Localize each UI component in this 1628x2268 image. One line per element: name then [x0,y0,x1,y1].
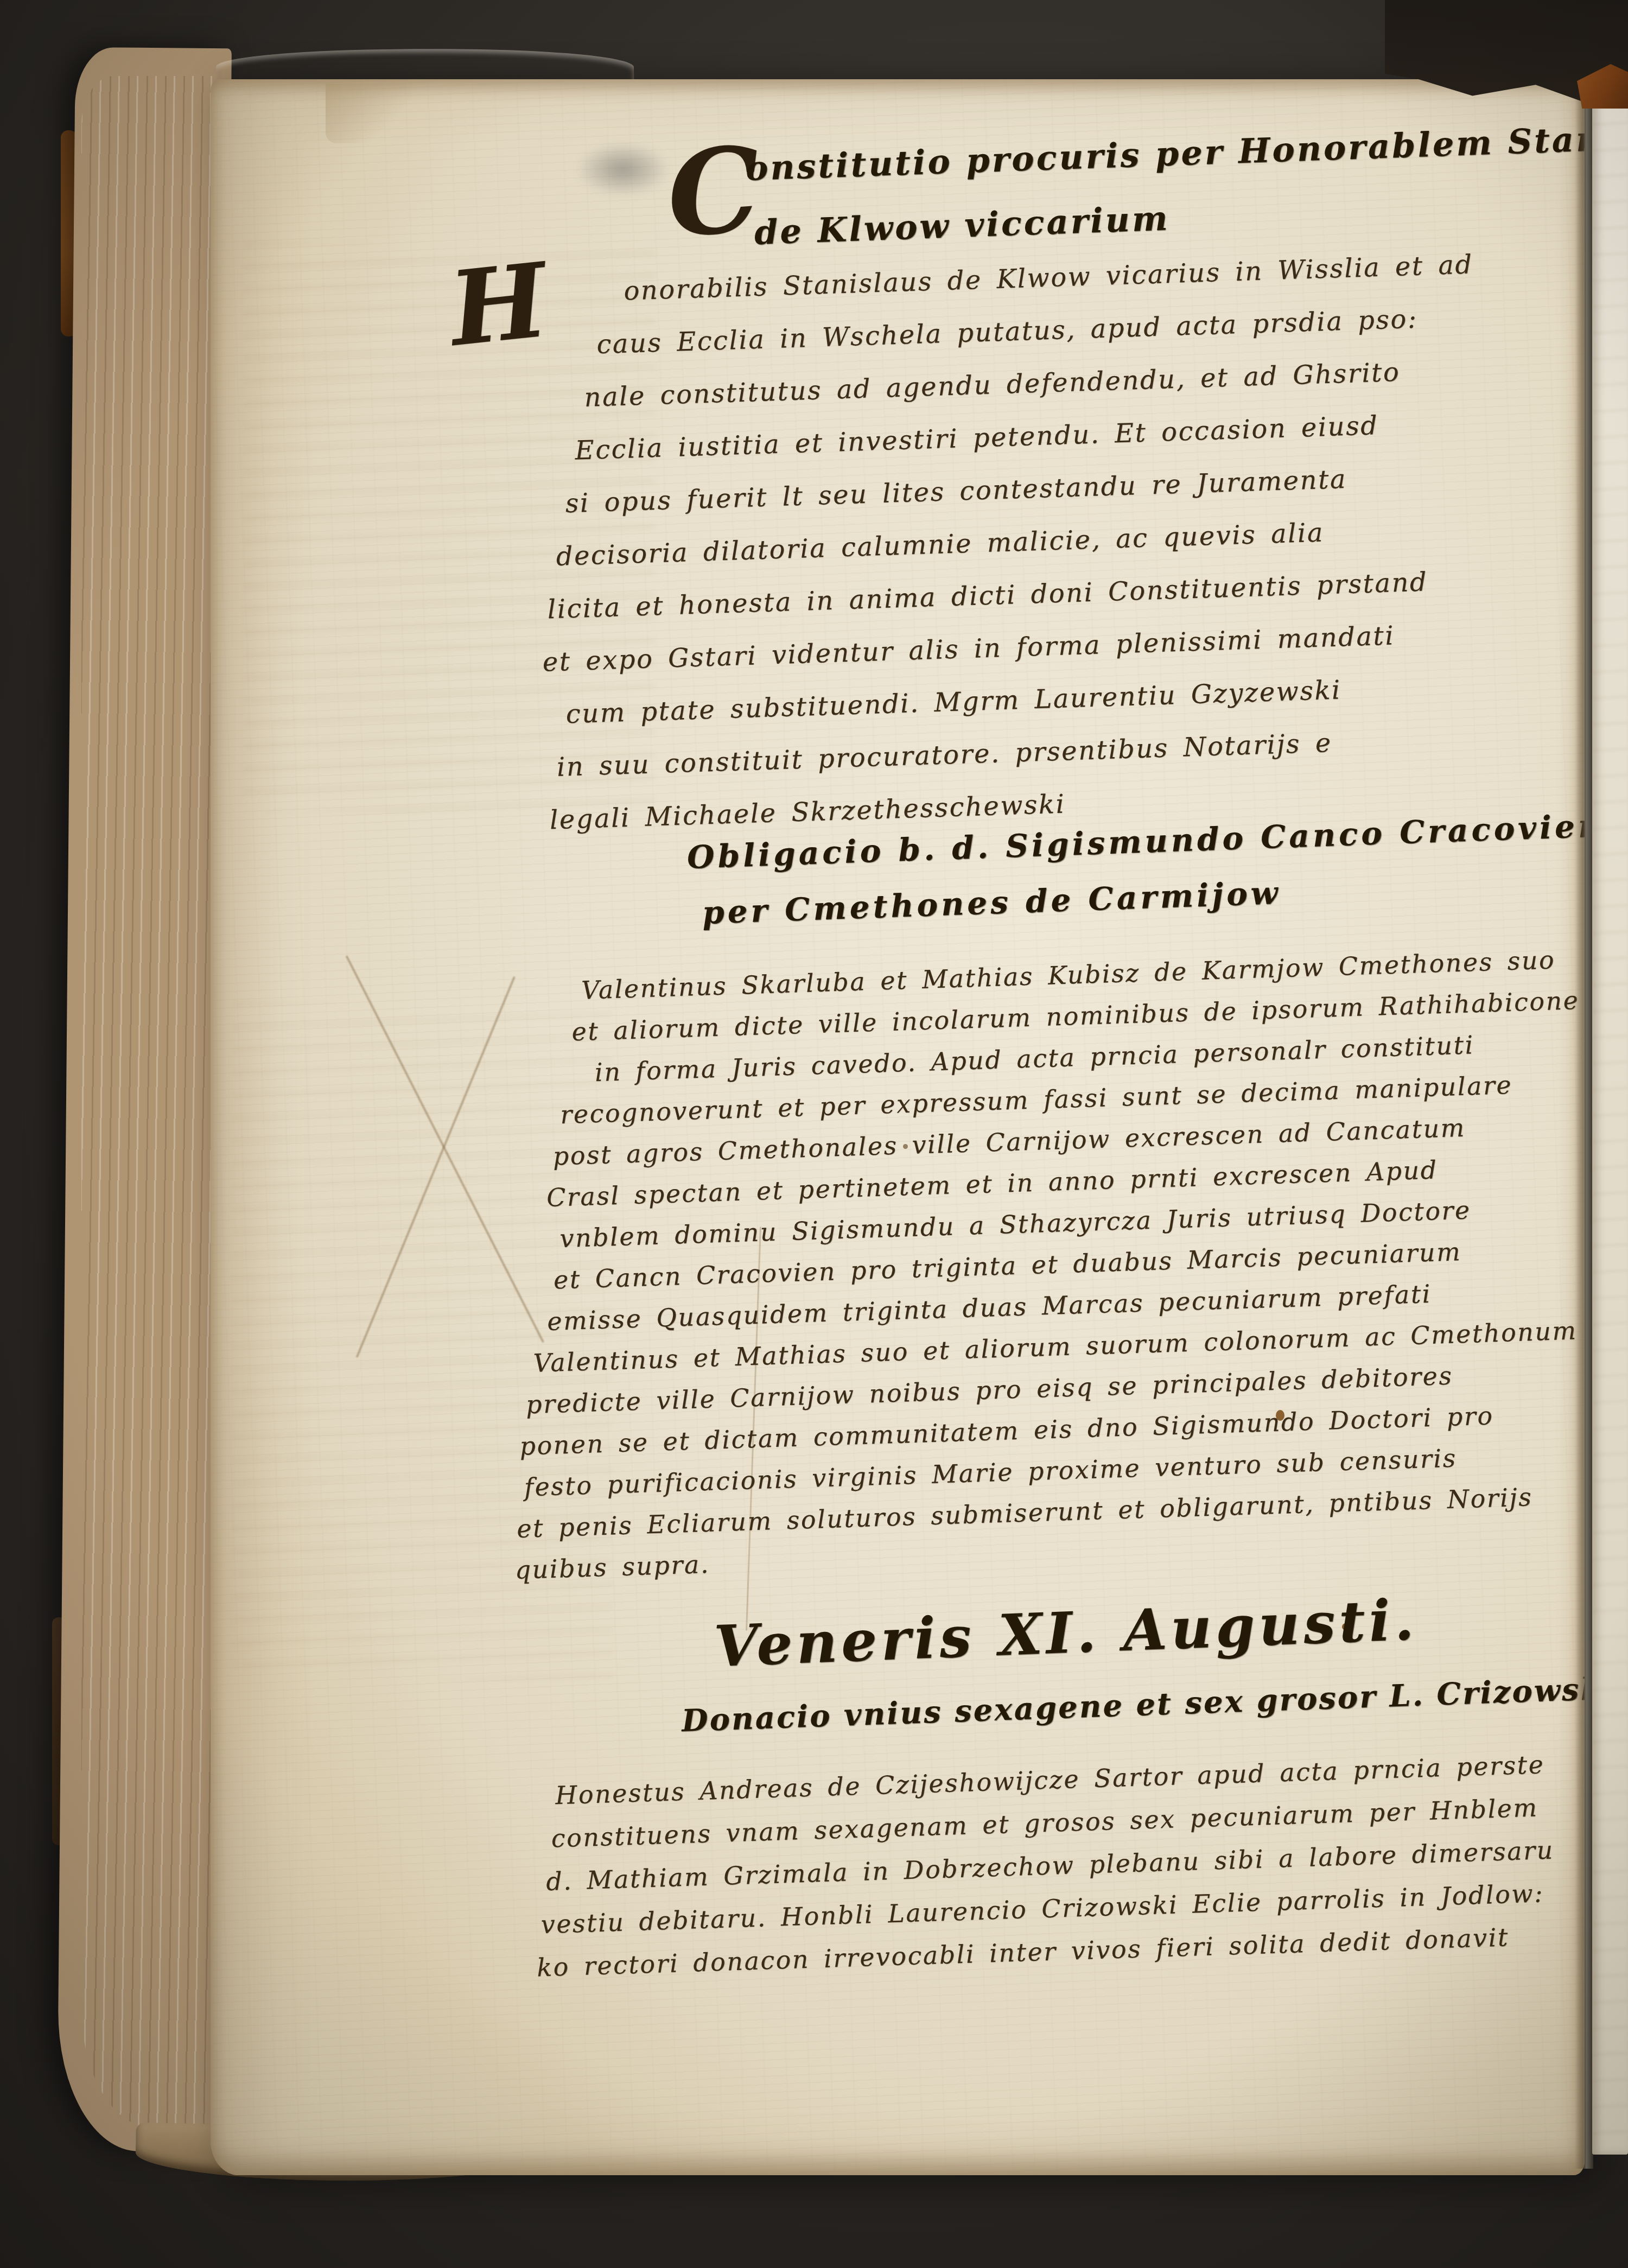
facing-page-bleed-marks [1592,97,1628,2155]
manuscript-photo: { "document": { "kind": "handwritten cou… [0,0,1628,2268]
facing-page-sliver [1592,97,1628,2155]
entry1-paragraph: onorabilis Stanislaus de Klwow vicarius … [528,238,1491,847]
entry2-heading-line: per Cmethones de Carmijow [702,874,1282,931]
entry1-heading-line: de Klwow viccarium [754,198,1171,252]
page-gutter-shadow [1575,81,1593,2169]
date-heading: Veneris XI. Augusti. [713,1586,1419,1680]
entry1-heading-line: onstitutio procuris per Honorablem Stani… [745,115,1585,188]
entry3-paragraph: Honestus Andreas de Czijeshowijcze Sarto… [543,1743,1557,1989]
manuscript-page: C onstitutio procuris per Honorablem Sta… [211,79,1585,2175]
dog-ear-corner [326,84,412,143]
margin-cross-mark [355,976,516,1358]
entry2-paragraph: Valentinus Skarluba et Mathias Kubisz de… [558,938,1585,1589]
fore-edge-striations [81,76,217,2127]
margin-cross-mark [345,955,544,1343]
entry3-heading-line: Donacio vnius sexagene et sex grosor L. … [681,1670,1585,1739]
